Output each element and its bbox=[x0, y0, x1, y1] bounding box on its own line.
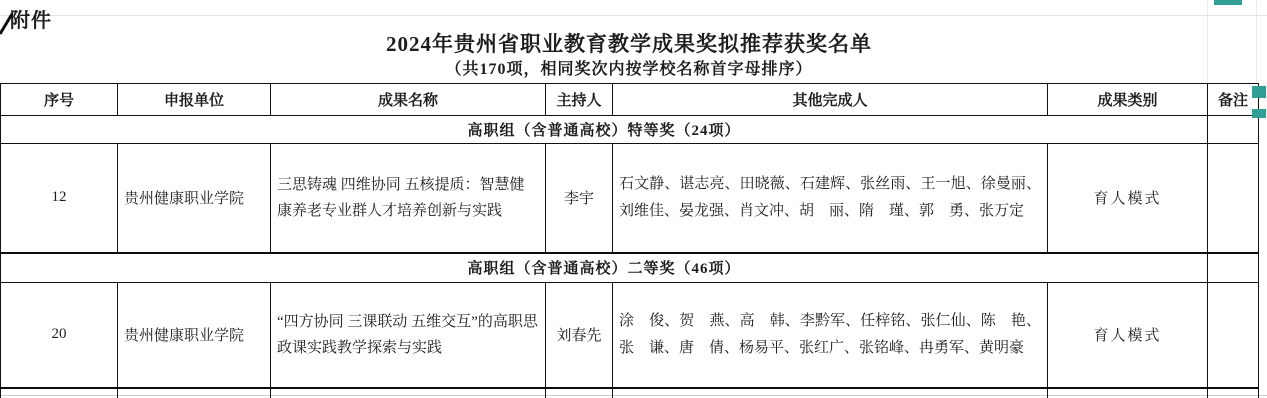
gridline-horizontal bbox=[0, 15, 1267, 16]
header-row: 序号 申报单位 成果名称 主持人 其他完成人 成果类别 备注 bbox=[1, 84, 1259, 116]
partial-next-row bbox=[1, 388, 1259, 398]
achievement-cell: “四方协同 三课联动 五维交互”的高职思政课实践教学探索与实践 bbox=[271, 283, 546, 388]
table-row: 20 贵州健康职业学院 “四方协同 三课联动 五维交互”的高职思政课实践教学探索… bbox=[1, 283, 1259, 388]
section-note-cell bbox=[1208, 116, 1259, 144]
leader-cell: 刘春先 bbox=[546, 283, 613, 388]
col-header-leader: 主持人 bbox=[546, 84, 613, 116]
note-cell bbox=[1208, 144, 1259, 253]
org-cell: 贵州健康职业学院 bbox=[118, 144, 271, 253]
selection-mark bbox=[1252, 86, 1266, 98]
col-header-achievement: 成果名称 bbox=[271, 84, 546, 116]
seq-cell: 20 bbox=[1, 283, 118, 388]
category-cell: 育人模式 bbox=[1048, 283, 1208, 388]
section-row-special-prize: 高职组（含普通高校）特等奖（24项） bbox=[1, 116, 1259, 144]
col-header-seq: 序号 bbox=[1, 84, 118, 116]
org-cell: 贵州健康职业学院 bbox=[118, 283, 271, 388]
col-header-others: 其他完成人 bbox=[613, 84, 1048, 116]
award-table: 序号 申报单位 成果名称 主持人 其他完成人 成果类别 备注 高职组（含普通高校… bbox=[0, 83, 1259, 398]
col-header-note: 备注 bbox=[1208, 84, 1259, 116]
note-cell bbox=[1208, 283, 1259, 388]
col-header-org: 申报单位 bbox=[118, 84, 271, 116]
others-cell: 石文静、谌志亮、田晓薇、石建辉、张丝雨、王一旭、徐曼丽、刘维佳、晏龙强、肖文冲、… bbox=[613, 144, 1048, 253]
page-title: 2024年贵州省职业教育教学成果奖拟推荐获奖名单 bbox=[0, 28, 1258, 58]
section-row-second-prize: 高职组（含普通高校）二等奖（46项） bbox=[1, 253, 1259, 283]
page-subtitle: （共170项，相同奖次内按学校名称首字母排序） bbox=[0, 56, 1258, 79]
table-row: 12 贵州健康职业学院 三思铸魂 四维协同 五核提质：智慧健康养老专业群人才培养… bbox=[1, 144, 1259, 253]
achievement-cell: 三思铸魂 四维协同 五核提质：智慧健康养老专业群人才培养创新与实践 bbox=[271, 144, 546, 253]
leader-cell: 李宇 bbox=[546, 144, 613, 253]
seq-cell: 12 bbox=[1, 144, 118, 253]
document-page: 附件 2024年贵州省职业教育教学成果奖拟推荐获奖名单 （共170项，相同奖次内… bbox=[0, 0, 1267, 398]
others-cell: 涂 俊、贺 燕、高 韩、李黔军、任梓铭、张仁仙、陈 艳、张 谦、唐 倩、杨易平、… bbox=[613, 283, 1048, 388]
section-label: 高职组（含普通高校）二等奖（46项） bbox=[1, 253, 1208, 283]
category-cell: 育人模式 bbox=[1048, 144, 1208, 253]
section-label: 高职组（含普通高校）特等奖（24项） bbox=[1, 116, 1208, 144]
selection-mark bbox=[1252, 109, 1266, 118]
section-note-cell bbox=[1208, 253, 1259, 283]
col-header-category: 成果类别 bbox=[1048, 84, 1208, 116]
selection-mark bbox=[1214, 0, 1242, 5]
